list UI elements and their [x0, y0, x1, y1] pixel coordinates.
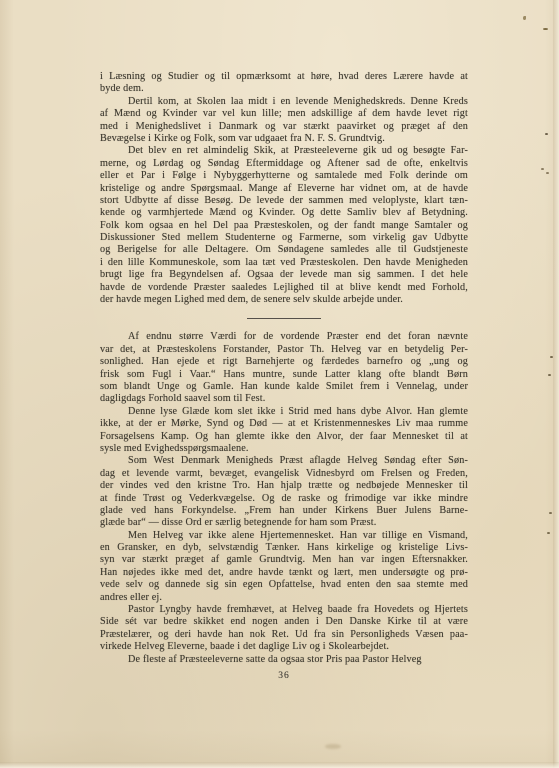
page-text: i Læsning og Studier og til opmærksomt a…: [100, 71, 468, 666]
page-edge-shadow-bottom: [0, 762, 559, 768]
text-line: af Mænd og Kvinder var vel kun lille; me…: [100, 108, 468, 120]
paper-speck: [541, 168, 544, 170]
text-line: som blandt Unge og Gamle. Han kunde kald…: [100, 381, 468, 393]
text-line: vede selv og dannede sig sin egen Opfatt…: [100, 579, 468, 591]
text-line: havde de vordende Præster saaledes Lejli…: [100, 282, 468, 294]
text-line: Denne lyse Glæde kom slet ikke i Strid m…: [100, 406, 468, 418]
paper-speck: [546, 172, 549, 174]
text-line: andres eller ej.: [100, 592, 468, 604]
text-line: dag et levende varmt, bevæget, evangelis…: [100, 468, 468, 480]
paper-smudge: [325, 744, 341, 749]
page-number: 36: [100, 671, 468, 681]
text-line: i Læsning og Studier og til opmærksomt a…: [100, 71, 468, 83]
text-line: brugt lige fra Begyndelsen af. Ogsaa der…: [100, 269, 468, 281]
text-line: kende og varmhjertede Mænd og Kvinder. O…: [100, 207, 468, 219]
text-line: var det, at Præsteskolens Forstander, Pa…: [100, 344, 468, 356]
text-line: Præstelærer, og deri havde han nok Ret. …: [100, 629, 468, 641]
paper-speck: [545, 133, 548, 135]
text-line: der vindes ved den kristne Tro. Han hjal…: [100, 480, 468, 492]
text-line: virkede Helveg Eleverne, baade i det dag…: [100, 641, 468, 653]
text-line: Pastor Lyngby havde fremhævet, at Helveg…: [100, 604, 468, 616]
text-line: Forsagelsens Kamp. Og han glemte ikke de…: [100, 431, 468, 443]
text-line: glade ved hans Forkyndelse. „Frem han un…: [100, 505, 468, 517]
text-line: stort Udbytte af disse Besøg. De levede …: [100, 195, 468, 207]
text-line: dagligdags Forhold saavel som til Fest.: [100, 393, 468, 405]
text-line: Af endnu større Værdi for de vordende Pr…: [100, 331, 468, 343]
paper-speck: [549, 512, 552, 514]
paper-speck: [523, 16, 526, 20]
text-line: der havde megen Lighed med dem, de sener…: [100, 294, 468, 306]
text-line: Side sét var bedre skikket end nogen and…: [100, 616, 468, 628]
text-line: en Gransker, en dyb, selvstændig Tænker.…: [100, 542, 468, 554]
text-line: Dertil kom, at Skolen laa midt i en leve…: [100, 96, 468, 108]
book-page: i Læsning og Studier og til opmærksomt a…: [0, 0, 559, 768]
text-line: De fleste af Præsteeleverne satte da ogs…: [100, 654, 468, 666]
text-line: Han nøjedes ikke med det, andre havde tæ…: [100, 567, 468, 579]
text-line: Som West Denmark Menigheds Præst aflagde…: [100, 455, 468, 467]
text-line: kristelige og andre Spørgsmaal. Mange af…: [100, 183, 468, 195]
text-line: merne, og Lørdag og Søndag Eftermiddage …: [100, 158, 468, 170]
text-line: Men Helveg var ikke alene Hjertemenneske…: [100, 530, 468, 542]
text-line: at finde Trøst og Vederkvægelse. Og de r…: [100, 493, 468, 505]
text-line: sysle med Evighedsspørgsmaalene.: [100, 443, 468, 455]
page-edge-shadow-right: [553, 0, 559, 768]
paper-speck: [543, 28, 548, 30]
text-line: med i Menighedslivet i Danmark og var st…: [100, 121, 468, 133]
text-line: Diskussioner Sted mellem Studenterne og …: [100, 232, 468, 244]
section-divider: [100, 306, 468, 331]
section-divider-line: [247, 318, 321, 319]
text-line: Det blev en ret almindelig Skik, at Præs…: [100, 145, 468, 157]
text-line: ikke, at der er Mørke, Synd og Død — at …: [100, 418, 468, 430]
text-line: eller et Par i Følge i Nybyggerhytterne …: [100, 170, 468, 182]
text-line: og Berigelse for alle Deltagere. Om Sønd…: [100, 244, 468, 256]
text-line: sonlighed. Han ejede et rigt Barnehjerte…: [100, 356, 468, 368]
text-line: byde dem.: [100, 83, 468, 95]
text-line: syn var stærkt præget af gamle Grundtvig…: [100, 554, 468, 566]
paper-speck: [547, 532, 550, 534]
text-line: Bevægelse i Kirke og Folk, som var udgaa…: [100, 133, 468, 145]
text-line: i den lille Kommuneskole, som laa tæt ve…: [100, 257, 468, 269]
text-line: glæde bar“ — disse Ord er særlig betegne…: [100, 517, 468, 529]
text-line: frisk som Fugl i Vaar.“ Hans muntre, sun…: [100, 369, 468, 381]
paper-speck: [548, 374, 551, 376]
text-line: Folk kom ogsaa en hel Del paa Præsteskol…: [100, 220, 468, 232]
